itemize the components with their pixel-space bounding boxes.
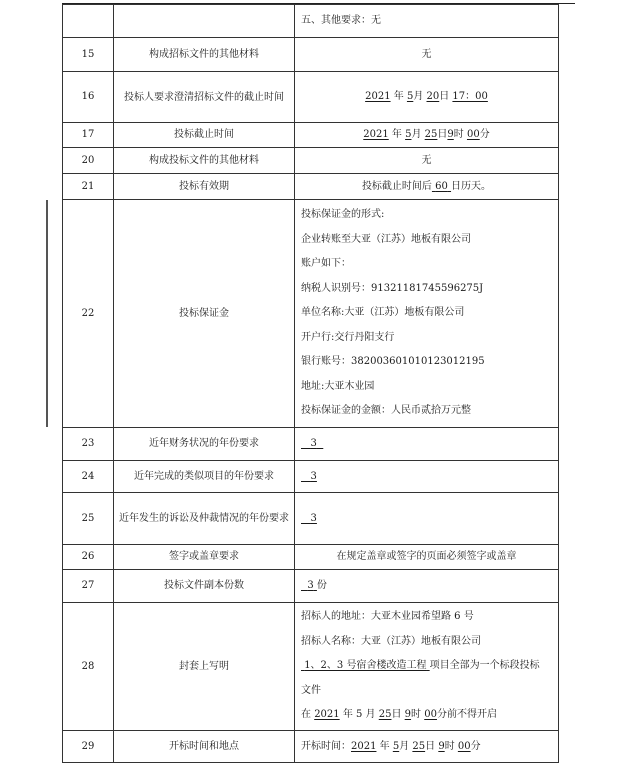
row-number: 22	[63, 200, 114, 428]
company-name: 单位名称:大亚（江苏）地板有限公司	[301, 301, 558, 326]
row-item: 投标文件副本份数	[114, 570, 295, 603]
project-name: 1、2、3 号宿舍楼改造工程	[304, 660, 426, 671]
row-value: 在规定盖章或签字的页面必须签字或盖章	[295, 545, 559, 570]
label: 年	[394, 91, 404, 102]
row-item: 投标人要求澄清招标文件的截止时间	[114, 72, 295, 123]
years-value: 3	[311, 513, 317, 524]
row-number: 17	[63, 123, 114, 148]
address: 地址:大亚木业园	[301, 375, 558, 400]
row-item: 近年完成的类似项目的年份要求	[114, 461, 295, 493]
table-row: 24 近年完成的类似项目的年份要求 3	[63, 461, 559, 493]
tax-id: 纳税人识别号：91321181745596275J	[301, 277, 558, 302]
row-value: 3	[295, 428, 559, 461]
validity-days: 60	[432, 181, 451, 192]
table-row: 22 投标保证金 投标保证金的形式: 企业转账至大亚（江苏）地板有限公司 账户如…	[63, 200, 559, 428]
table-row: 17 投标截止时间 2021 年 5月 25日9时 00分	[63, 123, 559, 148]
row-value: 3 份	[295, 570, 559, 603]
label: 日	[439, 91, 449, 102]
tender-data-table: 五、其他要求：无 15 构成招标文件的其他材料 无 16 投标人要求澄清招标文件…	[62, 4, 559, 763]
label: 月	[413, 91, 423, 102]
years-value: 3	[311, 438, 317, 449]
label: 分	[480, 129, 490, 140]
row-value: 投标保证金的形式: 企业转账至大亚（江苏）地板有限公司 账户如下： 纳税人识别号…	[295, 200, 559, 428]
label: 开标时间：	[301, 741, 351, 752]
row-item	[114, 5, 295, 38]
bank-branch: 开户行:交行丹阳支行	[301, 326, 558, 351]
row-value: 2021 年 5月 20日 17：00	[295, 72, 559, 123]
time: 17：00	[452, 91, 487, 102]
table-row: 20 构成投标文件的其他材料 无	[63, 148, 559, 174]
minute: 00	[424, 709, 437, 720]
label: 日	[437, 129, 447, 140]
table-row: 29 开标时间和地点 开标时间：2021 年 5月 25日 9时 00分	[63, 731, 559, 763]
table-row: 28 封套上写明 招标人的地址：大亚木业园希望路 6 号 招标人名称：大亚（江苏…	[63, 603, 559, 731]
year: 2021	[314, 709, 339, 720]
row-number: 26	[63, 545, 114, 570]
label: 时	[411, 709, 421, 720]
row-value: 无	[295, 148, 559, 174]
table-row: 16 投标人要求澄清招标文件的截止时间 2021 年 5月 20日 17：00	[63, 72, 559, 123]
label: 日	[391, 709, 401, 720]
row-value: 招标人的地址：大亚木业园希望路 6 号 招标人名称：大亚（江苏）地板有限公司 1…	[295, 603, 559, 731]
row-item: 封套上写明	[114, 603, 295, 731]
row-item: 构成招标文件的其他材料	[114, 38, 295, 72]
row-value: 投标截止时间后 60 日历天。	[295, 174, 559, 200]
row-item: 构成投标文件的其他材料	[114, 148, 295, 174]
row-item: 投标截止时间	[114, 123, 295, 148]
bond-transfer: 企业转账至大亚（江苏）地板有限公司	[301, 228, 558, 253]
row-item: 近年发生的诉讼及仲裁情况的年份要求	[114, 493, 295, 545]
opening-notice: 在 2021 年 5 月 25日 9时 00分前不得开启	[301, 703, 558, 728]
label: 份	[317, 580, 327, 591]
bank-account: 银行账号：382003601010123012195	[301, 350, 558, 375]
label: 月	[399, 741, 409, 752]
row-number	[63, 5, 114, 38]
row-number: 24	[63, 461, 114, 493]
row-number: 16	[63, 72, 114, 123]
years-value: 3	[311, 471, 317, 482]
days-value: 60	[435, 181, 448, 192]
row-value: 2021 年 5月 25日9时 00分	[295, 123, 559, 148]
table-row: 27 投标文件副本份数 3 份	[63, 570, 559, 603]
row-number: 23	[63, 428, 114, 461]
label: 月	[411, 129, 421, 140]
row-number: 28	[63, 603, 114, 731]
row-value: 五、其他要求：无	[295, 5, 559, 38]
year: 2021	[351, 741, 376, 752]
year: 2021	[363, 129, 388, 140]
revision-change-bar	[46, 200, 48, 427]
label: 时	[445, 741, 455, 752]
table-row: 15 构成招标文件的其他材料 无	[63, 38, 559, 72]
row-number: 20	[63, 148, 114, 174]
year: 2021	[365, 91, 390, 102]
day: 25	[425, 129, 438, 140]
tenderer-name: 招标人名称：大亚（江苏）地板有限公司	[301, 630, 558, 655]
day: 25	[379, 709, 392, 720]
row-number: 27	[63, 570, 114, 603]
table-row: 23 近年财务状况的年份要求 3	[63, 428, 559, 461]
table-row: 21 投标有效期 投标截止时间后 60 日历天。	[63, 174, 559, 200]
day: 20	[427, 91, 440, 102]
label: 年	[380, 741, 390, 752]
row-value: 3	[295, 493, 559, 545]
row-number: 15	[63, 38, 114, 72]
label: 投标截止时间后	[362, 181, 432, 192]
label: 年	[392, 129, 402, 140]
project-line-2: 文件	[301, 679, 558, 704]
project-line: 1、2、3 号宿舍楼改造工程 项目全部为一个标段投标	[301, 654, 558, 679]
table-row: 25 近年发生的诉讼及仲裁情况的年份要求 3	[63, 493, 559, 545]
row-value: 开标时间：2021 年 5月 25日 9时 00分	[295, 731, 559, 763]
label: 日	[425, 741, 435, 752]
minute: 00	[458, 741, 471, 752]
bond-amount: 投标保证金的金额：人民币贰拾万元整	[301, 399, 558, 424]
bond-form: 投标保证金的形式:	[301, 203, 558, 228]
minute: 00	[467, 129, 480, 140]
label: 项目全部为一个标段投标	[430, 660, 540, 671]
row-number: 21	[63, 174, 114, 200]
label: 时	[454, 129, 464, 140]
tenderer-address: 招标人的地址：大亚木业园希望路 6 号	[301, 605, 558, 630]
row-item: 投标保证金	[114, 200, 295, 428]
row-item: 近年财务状况的年份要求	[114, 428, 295, 461]
copies-count: 3	[307, 580, 313, 591]
label: 分	[471, 741, 481, 752]
label: 日历天。	[451, 181, 491, 192]
table-row: 26 签字或盖章要求 在规定盖章或签字的页面必须签字或盖章	[63, 545, 559, 570]
day: 25	[412, 741, 425, 752]
row-value: 无	[295, 38, 559, 72]
account-heading: 账户如下：	[301, 252, 558, 277]
row-item: 开标时间和地点	[114, 731, 295, 763]
table-row: 五、其他要求：无	[63, 5, 559, 38]
row-number: 25	[63, 493, 114, 545]
row-value: 3	[295, 461, 559, 493]
label: 年 5 月	[343, 709, 376, 720]
label: 分前不得开启	[437, 709, 497, 720]
label: 在	[301, 709, 311, 720]
row-number: 29	[63, 731, 114, 763]
row-item: 签字或盖章要求	[114, 545, 295, 570]
row-item: 投标有效期	[114, 174, 295, 200]
